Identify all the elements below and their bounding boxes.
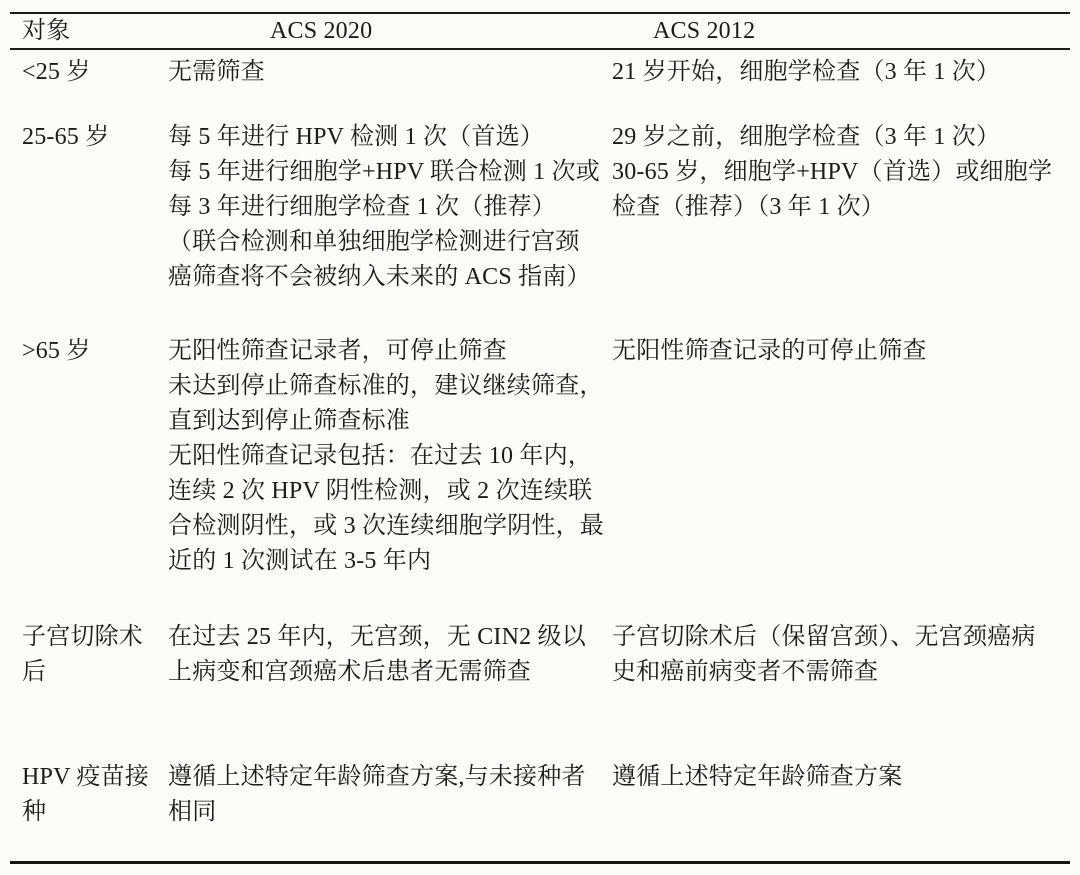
table-row-under-25: <25 岁 无需筛查 21 岁开始，细胞学检查（3 年 1 次）	[10, 55, 1070, 90]
table-row-over-65: >65 岁 无阳性筛查记录者，可停止筛查 未达到停止筛查标准的，建议继续筛查， …	[10, 334, 1070, 579]
table-row-hysterectomy: 子宫切除术 后 在过去 25 年内，无宫颈，无 CIN2 级以 上病变和宫颈癌术…	[10, 620, 1070, 690]
header-subject: 对象	[22, 14, 168, 49]
header-acs-2020: ACS 2020	[168, 14, 612, 49]
table-header-row: 对象 ACS 2020 ACS 2012	[10, 14, 1070, 50]
row-label: 25-65 岁	[22, 120, 168, 295]
row-label: HPV 疫苗接 种	[22, 760, 168, 830]
acs-2012-cell: 子宫切除术后（保留宫颈）、无宫颈癌病 史和癌前病变者不需筛查	[612, 620, 1070, 690]
acs-2012-cell: 遵循上述特定年龄筛查方案	[612, 760, 1070, 830]
acs-2020-cell: 在过去 25 年内，无宫颈，无 CIN2 级以 上病变和宫颈癌术后患者无需筛查	[168, 620, 612, 690]
table-row-hpv-vaccinated: HPV 疫苗接 种 遵循上述特定年龄筛查方案,与未接种者 相同 遵循上述特定年龄…	[10, 760, 1070, 830]
acs-2020-cell: 无阳性筛查记录者，可停止筛查 未达到停止筛查标准的，建议继续筛查， 直到达到停止…	[168, 334, 612, 579]
acs-2012-cell: 无阳性筛查记录的可停止筛查	[612, 334, 1070, 579]
row-label: >65 岁	[22, 334, 168, 579]
row-label: 子宫切除术 后	[22, 620, 168, 690]
acs-2012-cell: 21 岁开始，细胞学检查（3 年 1 次）	[612, 55, 1070, 90]
row-label: <25 岁	[22, 55, 168, 90]
acs-2020-cell: 每 5 年进行 HPV 检测 1 次（首选） 每 5 年进行细胞学+HPV 联合…	[168, 120, 612, 295]
acs-2012-cell: 29 岁之前，细胞学检查（3 年 1 次） 30-65 岁，细胞学+HPV（首选…	[612, 120, 1070, 295]
acs-2020-cell: 遵循上述特定年龄筛查方案,与未接种者 相同	[168, 760, 612, 830]
acs-2020-cell: 无需筛查	[168, 55, 612, 90]
header-acs-2012: ACS 2012	[612, 14, 1070, 49]
guideline-comparison-table: 对象 ACS 2020 ACS 2012 <25 岁 无需筛查 21 岁开始，细…	[10, 12, 1070, 864]
table-row-25-65: 25-65 岁 每 5 年进行 HPV 检测 1 次（首选） 每 5 年进行细胞…	[10, 120, 1070, 295]
